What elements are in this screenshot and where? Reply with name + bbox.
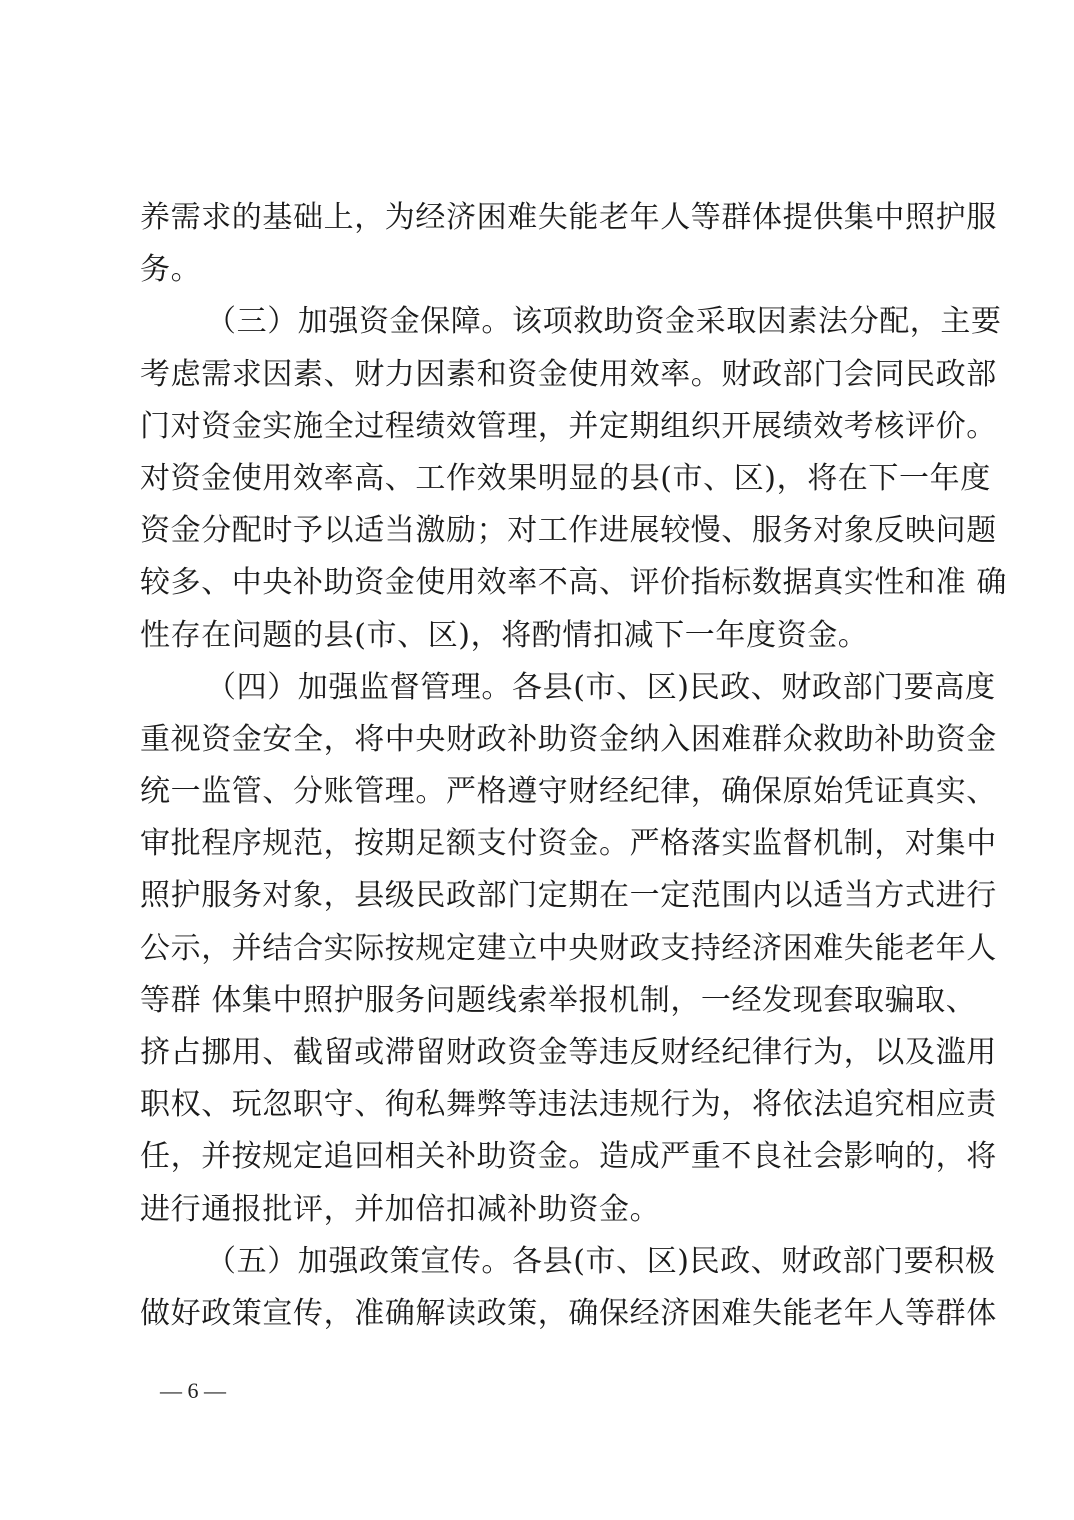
- text-line: 统一监管、分账管理。严格遵守财经纪律，确保原始凭证真实、: [140, 766, 940, 818]
- text-line: 做好政策宣传，准确解读政策，确保经济困难失能老年人等群体: [140, 1288, 940, 1340]
- page-number: — 6 —: [160, 1378, 226, 1404]
- text-line: 重视资金安全，将中央财政补助资金纳入困难群众救助补助资金: [140, 714, 940, 766]
- text-line: 资金分配时予以适当激励；对工作进展较慢、服务对象反映问题: [140, 505, 940, 557]
- text-line: 性存在问题的县(市、区)，将酌情扣减下一年度资金。: [140, 610, 940, 662]
- text-line: 审批程序规范，按期足额支付资金。严格落实监督机制，对集中: [140, 818, 940, 870]
- section-4-heading: （四）加强监督管理。: [206, 670, 512, 705]
- text-line: 挤占挪用、截留或滞留财政资金等违反财经纪律行为，以及滥用: [140, 1027, 940, 1079]
- text-line: 较多、中央补助资金使用效率不高、评价指标数据真实性和准 确: [140, 557, 940, 609]
- section-5-first-line: （五）加强政策宣传。各县(市、区)民政、财政部门要积极: [140, 1236, 940, 1288]
- text-line: 职权、玩忽职守、徇私舞弊等违法违规行为，将依法追究相应责: [140, 1079, 940, 1131]
- text-line: 该项救助资金采取因素法分配，主要: [512, 304, 1002, 339]
- section-3-first-line: （三）加强资金保障。该项救助资金采取因素法分配，主要: [140, 296, 940, 348]
- document-page: 养需求的基础上，为经济困难失能老年人等群体提供集中照护服 务。 （三）加强资金保…: [140, 192, 940, 1340]
- text-line: 进行通报批评，并加倍扣减补助资金。: [140, 1184, 940, 1236]
- text-line: 照护服务对象，县级民政部门定期在一定范围内以适当方式进行: [140, 870, 940, 922]
- section-4-first-line: （四）加强监督管理。各县(市、区)民政、财政部门要高度: [140, 662, 940, 714]
- section-3-heading: （三）加强资金保障。: [206, 304, 512, 339]
- text-line: 各县(市、区)民政、财政部门要积极: [512, 1244, 996, 1279]
- text-line: 对资金使用效率高、工作效果明显的县(市、区)，将在下一年度: [140, 453, 940, 505]
- text-line: 养需求的基础上，为经济困难失能老年人等群体提供集中照护服: [140, 192, 940, 244]
- text-line: 公示，并结合实际按规定建立中央财政支持经济困难失能老年人: [140, 923, 940, 975]
- text-line: 等群 体集中照护服务问题线索举报机制，一经发现套取骗取、: [140, 975, 940, 1027]
- section-5-heading: （五）加强政策宣传。: [206, 1244, 512, 1279]
- text-line: 任，并按规定追回相关补助资金。造成严重不良社会影响的，将: [140, 1131, 940, 1183]
- text-line: 各县(市、区)民政、财政部门要高度: [512, 670, 996, 705]
- text-line: 考虑需求因素、财力因素和资金使用效率。财政部门会同民政部: [140, 349, 940, 401]
- text-line: 门对资金实施全过程绩效管理，并定期组织开展绩效考核评价。: [140, 401, 940, 453]
- text-line: 务。: [140, 244, 940, 296]
